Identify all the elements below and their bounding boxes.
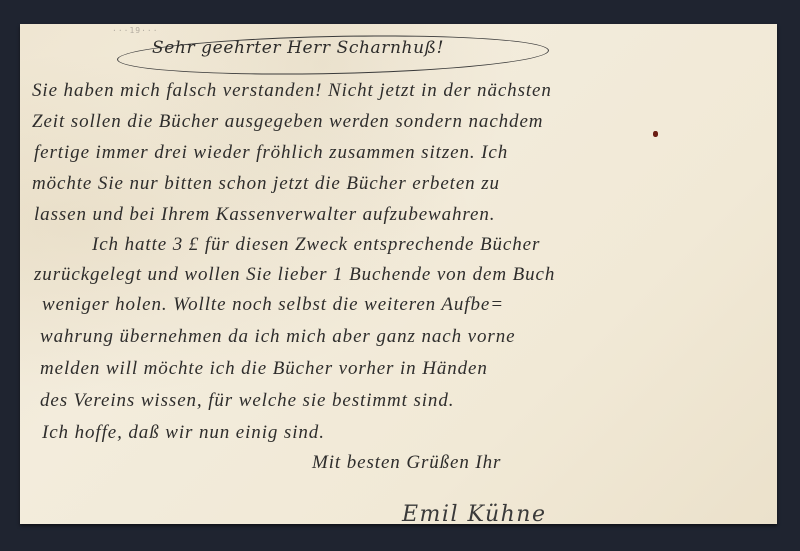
ink-spot bbox=[653, 131, 658, 137]
body-line-8: weniger holen. Wollte noch selbst die we… bbox=[42, 294, 504, 316]
body-line-11: des Vereins wissen, für welche sie besti… bbox=[40, 390, 454, 412]
body-line-1: Sie haben mich falsch verstanden! Nicht … bbox=[32, 80, 552, 102]
body-line-5: lassen und bei Ihrem Kassenverwalter auf… bbox=[34, 204, 495, 226]
body-line-10: melden will möchte ich die Bücher vorher… bbox=[40, 358, 488, 380]
postmark-fragment: ···19··· bbox=[112, 26, 159, 35]
postcard-paper: ···19··· Sehr geehrter Herr Scharnhuß! S… bbox=[20, 24, 777, 524]
salutation: Sehr geehrter Herr Scharnhuß! bbox=[152, 38, 444, 58]
signature: Emil Kühne bbox=[402, 502, 546, 527]
body-line-6: Ich hatte 3 £ für diesen Zweck entsprech… bbox=[92, 234, 540, 256]
body-line-3: fertige immer drei wieder fröhlich zusam… bbox=[34, 142, 508, 164]
body-line-2: Zeit sollen die Bücher ausgegeben werden… bbox=[32, 111, 543, 133]
closing-line: Mit besten Grüßen Ihr bbox=[312, 452, 501, 474]
body-line-9: wahrung übernehmen da ich mich aber ganz… bbox=[40, 326, 515, 348]
body-line-12: Ich hoffe, daß wir nun einig sind. bbox=[42, 422, 325, 444]
body-line-7: zurückgelegt und wollen Sie lieber 1 Buc… bbox=[34, 264, 555, 286]
body-line-4: möchte Sie nur bitten schon jetzt die Bü… bbox=[32, 173, 500, 195]
